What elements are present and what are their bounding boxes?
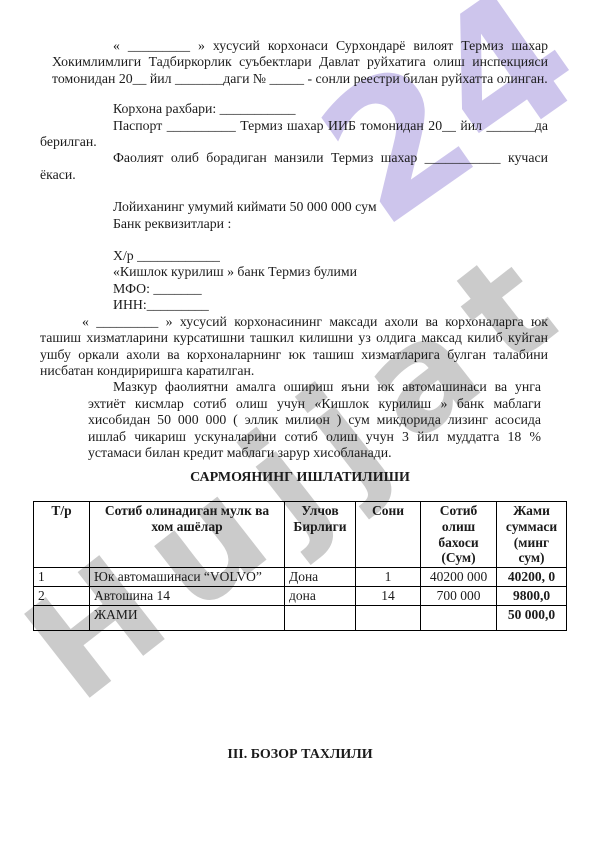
cell-row2-number: 2 (34, 587, 90, 606)
cell-row1-unit: Дона (285, 568, 356, 587)
header-number: Т/р (34, 501, 90, 568)
line-bank-name: «Кишлок курилиш » банк Термиз булими (52, 264, 548, 280)
line-inn: ИНН:_________ (52, 297, 548, 313)
cell-total-price (421, 606, 497, 631)
cell-total-unit (285, 606, 356, 631)
cell-row2-total: 9800,0 (497, 587, 567, 606)
header-purchase-price: Сотиб олиш бахоси (Сум) (421, 501, 497, 568)
header-unit: Улчов Бирлиги (285, 501, 356, 568)
cell-total-number (34, 606, 90, 631)
cell-total-label: ЖАМИ (90, 606, 285, 631)
cell-row1-property: Юк автомашинаси “VOLVO” (90, 568, 285, 587)
table-row: 1 Юк автомашинаси “VOLVO” Дона 1 40200 0… (34, 568, 567, 587)
table-total-row: ЖАМИ 50 000,0 (34, 606, 567, 631)
cell-row2-property: Автошина 14 (90, 587, 285, 606)
section-heading-market-analysis: III. БОЗОР ТАХЛИЛИ (52, 747, 548, 763)
paragraph-activity-address: Фаолият олиб борадиган манзили Термиз ша… (40, 150, 548, 183)
header-property: Сотиб олинадиган мулк ва хом ашёлар (90, 501, 285, 568)
capital-usage-title: САРМОЯНИНГ ИШЛАТИЛИШИ (52, 470, 548, 486)
table-header-row: Т/р Сотиб олинадиган мулк ва хом ашёлар … (34, 501, 567, 568)
paragraph-registration: « _________ » хусусий корхонаси Сурхонда… (52, 38, 548, 87)
line-bank-requisites: Банк реквизитлари : (52, 216, 548, 232)
line-project-value: Лойиханинг умумий киймати 50 000 000 сум (52, 199, 548, 215)
capital-usage-table: Т/р Сотиб олинадиган мулк ва хом ашёлар … (33, 501, 567, 631)
paragraph-company-purpose: « _________ » хусусий корхонасининг макс… (40, 314, 548, 380)
line-company-director: Корхона рахбари: ___________ (52, 101, 548, 117)
table-row: 2 Автошина 14 дона 14 700 000 9800,0 (34, 587, 567, 606)
cell-row2-price: 700 000 (421, 587, 497, 606)
cell-total-quantity (356, 606, 421, 631)
paragraph-passport: Паспорт __________ Термиз шахар ИИБ томо… (40, 118, 548, 151)
paragraph-financing: Мазкур фаолиятни амалга ошириш яъни юк а… (88, 379, 541, 461)
cell-row1-quantity: 1 (356, 568, 421, 587)
cell-row2-unit: дона (285, 587, 356, 606)
cell-total-sum: 50 000,0 (497, 606, 567, 631)
line-mfo: МФО: _______ (52, 281, 548, 297)
header-quantity: Сони (356, 501, 421, 568)
cell-row1-total: 40200, 0 (497, 568, 567, 587)
document-page: Hujjat 24 « _________ » хусусий корхонас… (0, 0, 596, 842)
capital-usage-table-wrapper: Т/р Сотиб олинадиган мулк ва хом ашёлар … (33, 501, 566, 631)
header-total-sum: Жами суммаси (минг сум) (497, 501, 567, 568)
document-body: « _________ » хусусий корхонаси Сурхонда… (0, 0, 596, 764)
line-account-number: Х/р ____________ (52, 248, 548, 264)
cell-row1-price: 40200 000 (421, 568, 497, 587)
cell-row2-quantity: 14 (356, 587, 421, 606)
cell-row1-number: 1 (34, 568, 90, 587)
